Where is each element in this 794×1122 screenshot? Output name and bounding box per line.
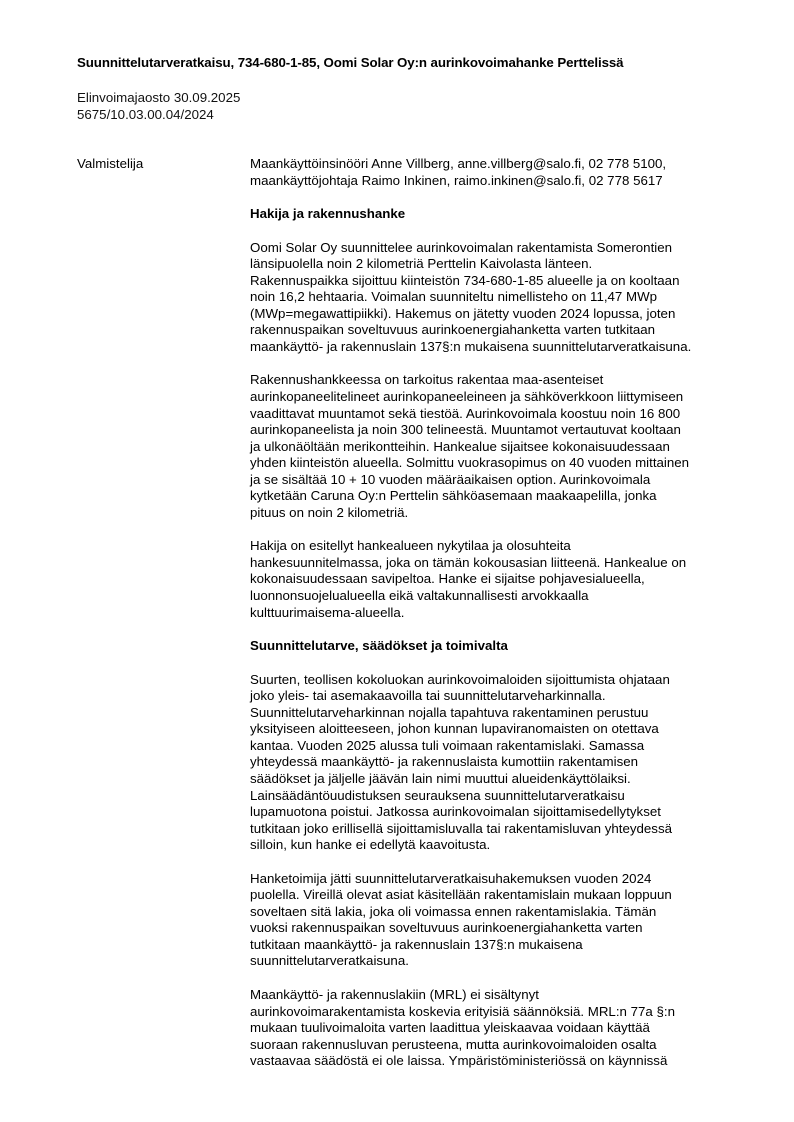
record-id: 5675/10.03.00.04/2024 [77, 107, 240, 124]
sections-container: Hakija ja rakennushankeOomi Solar Oy suu… [250, 206, 750, 1070]
text-line: Hanketoimija jätti suunnittelutarveratka… [250, 871, 750, 888]
paragraph: Suurten, teollisen kokoluokan aurinkovoi… [250, 672, 750, 854]
text-line: ja se sisältää 10 + 10 vuoden määräaikai… [250, 472, 750, 489]
text-line: yhden kiinteistön alueella. Solmittu vuo… [250, 455, 750, 472]
section: Hakija ja rakennushankeOomi Solar Oy suu… [250, 206, 750, 621]
preparer-line: Maankäyttöinsinööri Anne Villberg, anne.… [250, 156, 750, 173]
preparer-line: maankäyttöjohtaja Raimo Inkinen, raimo.i… [250, 173, 750, 190]
paragraph: Rakennushankkeessa on tarkoitus rakentaa… [250, 372, 750, 521]
text-line: länsipuolella noin 2 kilometriä Pertteli… [250, 256, 750, 273]
text-line: Oomi Solar Oy suunnittelee aurinkovoimal… [250, 240, 750, 257]
text-line: soveltaen sitä lakia, joka oli voimassa … [250, 904, 750, 921]
text-line: hankesuunnitelmassa, joka on tämän kokou… [250, 555, 750, 572]
text-line: yhteydessä maankäyttö- ja rakennuslaista… [250, 754, 750, 771]
text-line: aurinkopaneelitelineet aurinkopaneeleine… [250, 389, 750, 406]
preparer-label: Valmistelija [77, 156, 143, 173]
text-line: puolella. Vireillä olevat asiat käsitell… [250, 887, 750, 904]
paragraph: Oomi Solar Oy suunnittelee aurinkovoimal… [250, 240, 750, 356]
text-line: Suunnittelutarveharkinnan nojalla tapaht… [250, 705, 750, 722]
text-line: Suurten, teollisen kokoluokan aurinkovoi… [250, 672, 750, 689]
text-line: suoraan rakennusluvan perusteena, mutta … [250, 1037, 750, 1054]
text-line: Hakija on esitellyt hankealueen nykytila… [250, 538, 750, 555]
text-line: kytketään Caruna Oy:n Perttelin sähköase… [250, 488, 750, 505]
text-line: kokonaisuudessaan savipeltoa. Hanke ei s… [250, 571, 750, 588]
text-line: tutkitaan maankäyttö- ja rakennuslain 13… [250, 937, 750, 954]
text-line: Lainsäädäntöuudistuksen seurauksena suun… [250, 788, 750, 805]
paragraph: Maankäyttö- ja rakennuslakiin (MRL) ei s… [250, 987, 750, 1070]
paragraph: Hakija on esitellyt hankealueen nykytila… [250, 538, 750, 621]
text-line: mukaan tuulivoimaloita varten laadittua … [250, 1020, 750, 1037]
section: Suunnittelutarve, säädökset ja toimivalt… [250, 638, 750, 1070]
text-line: maankäyttö- ja rakennuslain 137§:n mukai… [250, 339, 750, 356]
text-line: pituus on noin 2 kilometriä. [250, 505, 750, 522]
text-line: suunnittelutarveratkaisuna. [250, 953, 750, 970]
document-meta: Elinvoimajaosto 30.09.2025 5675/10.03.00… [77, 90, 240, 123]
section-heading: Suunnittelutarve, säädökset ja toimivalt… [250, 638, 750, 655]
text-line: vaadittavat muuntamot sekä tiestöä. Auri… [250, 406, 750, 423]
text-line: joko yleis- tai asemakaavoilla tai suunn… [250, 688, 750, 705]
text-line: ja ulkonäöltään merikontteihin. Hankealu… [250, 439, 750, 456]
text-line: rakennuspaikan soveltuvuus aurinkoenergi… [250, 322, 750, 339]
text-line: Rakennuspaikka sijoittuu kiinteistön 734… [250, 273, 750, 290]
document-title: Suunnittelutarveratkaisu, 734-680-1-85, … [77, 55, 623, 70]
text-line: kantaa. Vuoden 2025 alussa tuli voimaan … [250, 738, 750, 755]
preparer-info: Maankäyttöinsinööri Anne Villberg, anne.… [250, 156, 750, 189]
text-line: tutkitaan joko erillisellä sijoittamislu… [250, 821, 750, 838]
document-body: Maankäyttöinsinööri Anne Villberg, anne.… [250, 156, 750, 1087]
text-line: säädökset ja jäljelle jäävän lain nimi m… [250, 771, 750, 788]
text-line: noin 16,2 hehtaaria. Voimalan suunnitelt… [250, 289, 750, 306]
section-heading: Hakija ja rakennushanke [250, 206, 750, 223]
text-line: silloin, kun hanke ei edellytä kaavoitus… [250, 837, 750, 854]
text-line: aurinkovoimarakentamista koskevia erityi… [250, 1004, 750, 1021]
text-line: lupamuotona poistui. Jatkossa aurinkovoi… [250, 804, 750, 821]
text-line: Maankäyttö- ja rakennuslakiin (MRL) ei s… [250, 987, 750, 1004]
text-line: luonnonsuojelualueella eikä valtakunnall… [250, 588, 750, 605]
text-line: vastaavaa säädöstä ei ole laissa. Ympäri… [250, 1053, 750, 1070]
text-line: aurinkopaneelista ja noin 300 telineestä… [250, 422, 750, 439]
text-line: Rakennushankkeessa on tarkoitus rakentaa… [250, 372, 750, 389]
paragraph: Hanketoimija jätti suunnittelutarveratka… [250, 871, 750, 970]
meeting-date: Elinvoimajaosto 30.09.2025 [77, 90, 240, 107]
text-line: vuoksi rakennuspaikan soveltuvuus aurink… [250, 920, 750, 937]
text-line: (MWp=megawattipiikki). Hakemus on jätett… [250, 306, 750, 323]
text-line: kulttuurimaisema-alueella. [250, 605, 750, 622]
text-line: yksityiseen aloitteeseen, johon kunnan l… [250, 721, 750, 738]
